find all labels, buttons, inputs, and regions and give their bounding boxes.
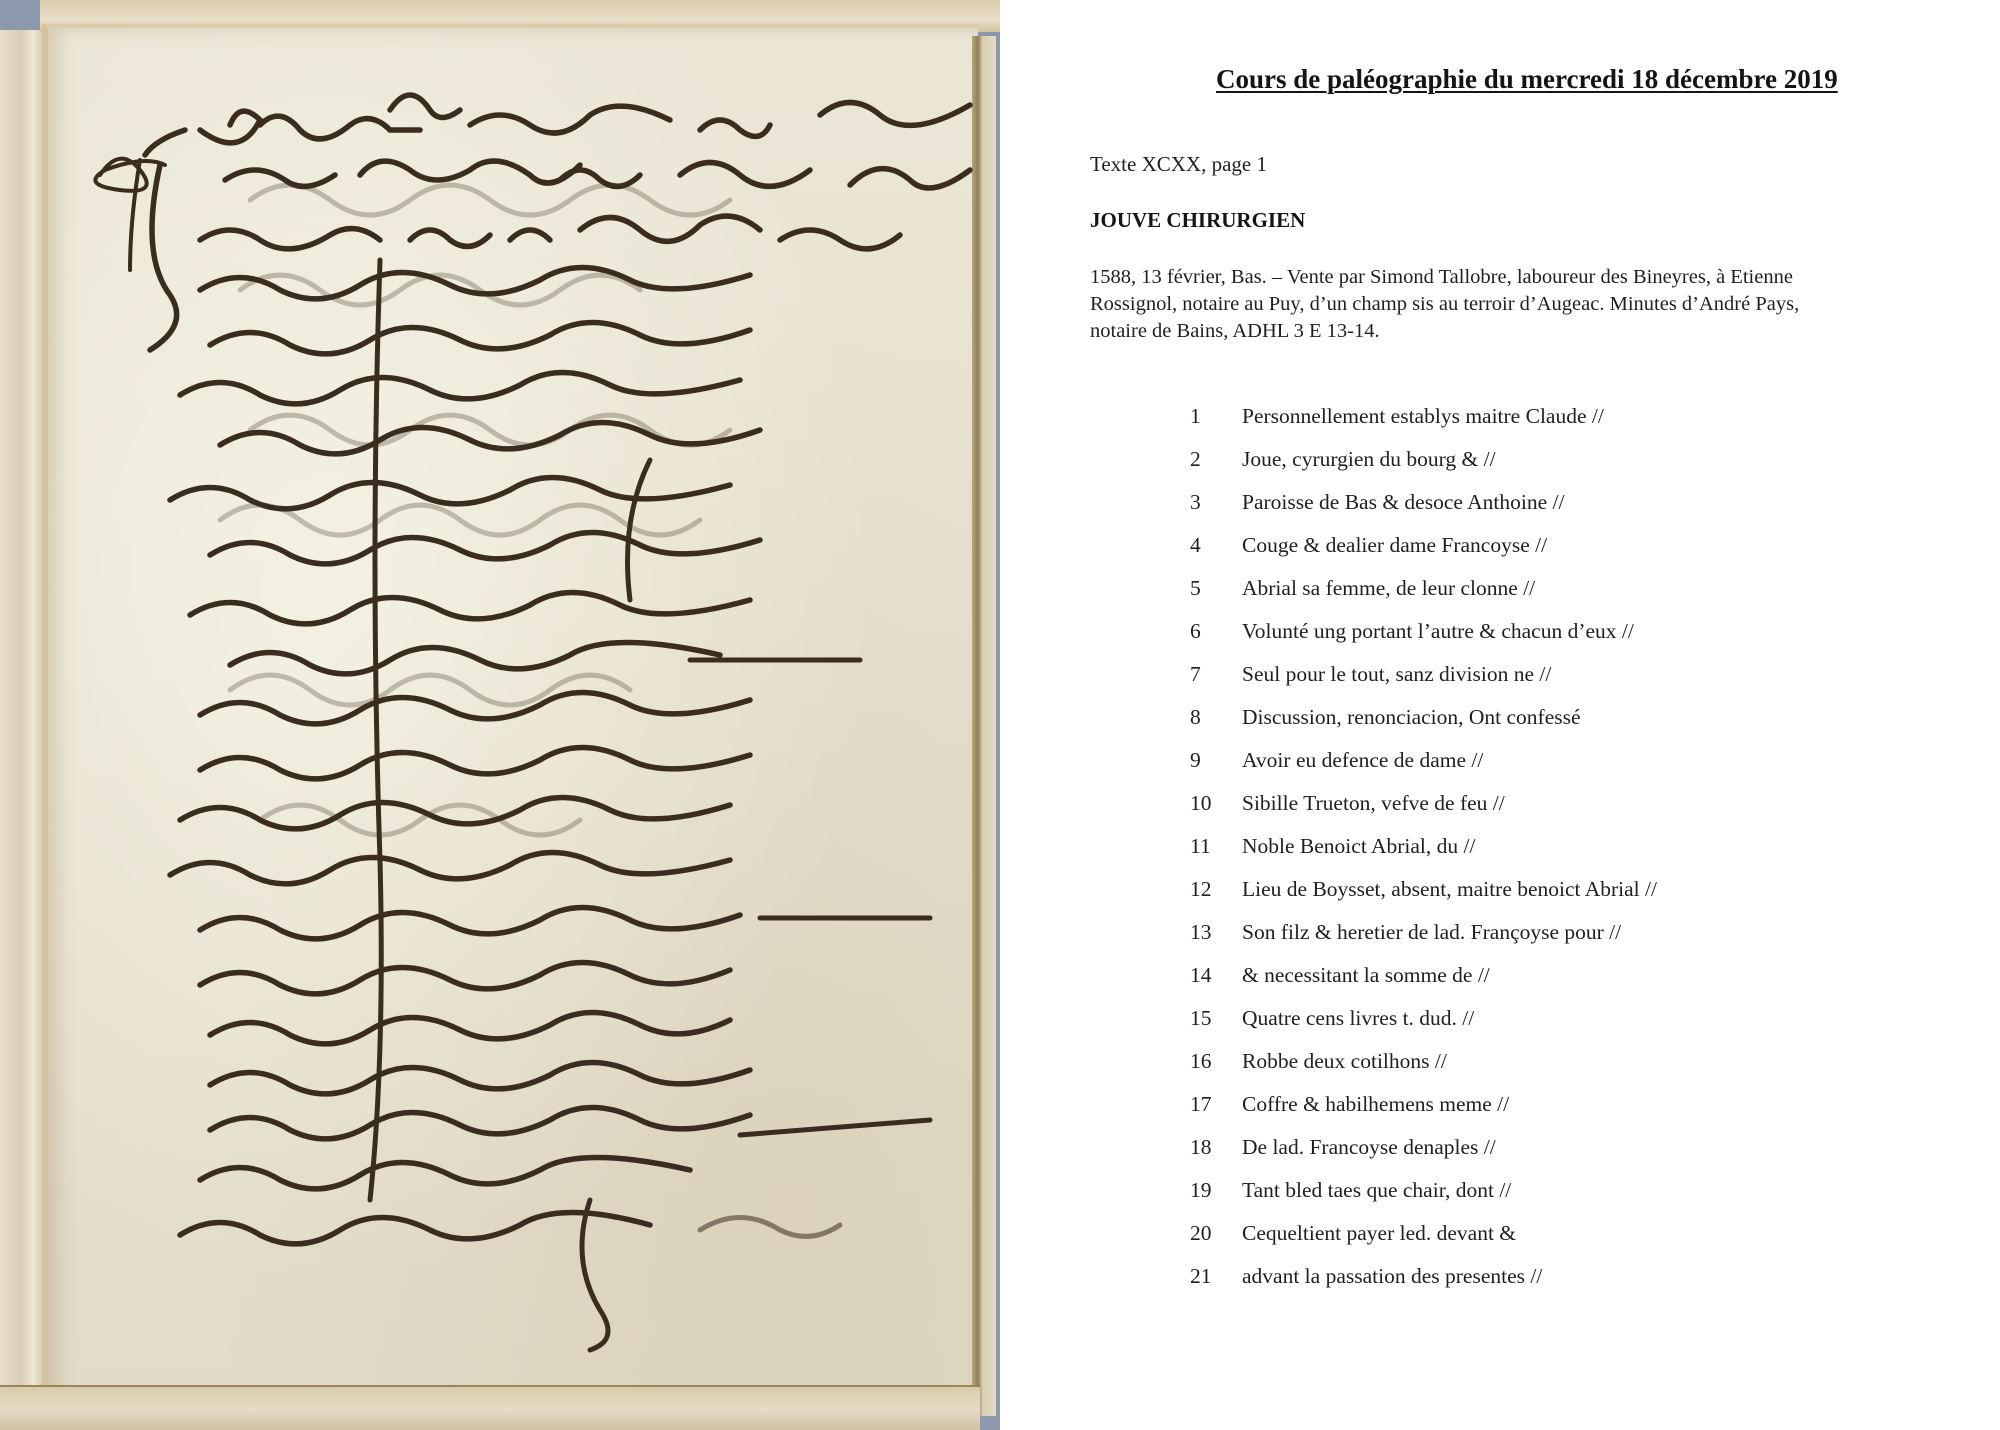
line-number: 3 bbox=[1190, 490, 1242, 515]
line-text: Quatre cens livres t. dud. // bbox=[1242, 1006, 1474, 1031]
transcription-line: 13Son filz & heretier de lad. Françoyse … bbox=[1190, 920, 1890, 963]
line-number: 15 bbox=[1190, 1006, 1242, 1031]
line-number: 4 bbox=[1190, 533, 1242, 558]
line-number: 5 bbox=[1190, 576, 1242, 601]
line-number: 20 bbox=[1190, 1221, 1242, 1246]
line-number: 7 bbox=[1190, 662, 1242, 687]
line-text: Cequeltient payer led. devant & bbox=[1242, 1221, 1516, 1246]
line-text: Abrial sa femme, de leur clonne // bbox=[1242, 576, 1535, 601]
line-text: Couge & dealier dame Francoyse // bbox=[1242, 533, 1547, 558]
line-text: Tant bled taes que chair, dont // bbox=[1242, 1178, 1511, 1203]
handwritten-script bbox=[0, 0, 1000, 1430]
transcription-list: 1Personnellement establys maitre Claude … bbox=[1190, 404, 1890, 1307]
line-text: Son filz & heretier de lad. Françoyse po… bbox=[1242, 920, 1621, 945]
line-number: 13 bbox=[1190, 920, 1242, 945]
transcription-line: 5Abrial sa femme, de leur clonne // bbox=[1190, 576, 1890, 619]
line-number: 2 bbox=[1190, 447, 1242, 472]
line-text: Joue, cyrurgien du bourg & // bbox=[1242, 447, 1496, 472]
transcription-line: 8Discussion, renonciacion, Ont confessé bbox=[1190, 705, 1890, 748]
line-number: 9 bbox=[1190, 748, 1242, 773]
line-number: 21 bbox=[1190, 1264, 1242, 1289]
line-text: Sibille Trueton, vefve de feu // bbox=[1242, 791, 1505, 816]
transcription-line: 19Tant bled taes que chair, dont // bbox=[1190, 1178, 1890, 1221]
line-text: Robbe deux cotilhons // bbox=[1242, 1049, 1447, 1074]
manuscript-photo bbox=[0, 0, 1000, 1430]
course-title: Cours de paléographie du mercredi 18 déc… bbox=[1216, 64, 1850, 95]
line-text: Lieu de Boysset, absent, maitre benoict … bbox=[1242, 877, 1657, 902]
line-number: 6 bbox=[1190, 619, 1242, 644]
transcription-line: 10Sibille Trueton, vefve de feu // bbox=[1190, 791, 1890, 834]
summary-line: Rossignol, notaire au Puy, d’un champ si… bbox=[1090, 291, 1960, 318]
transcription-line: 9Avoir eu defence de dame // bbox=[1190, 748, 1890, 791]
line-text: advant la passation des presentes // bbox=[1242, 1264, 1542, 1289]
line-number: 14 bbox=[1190, 963, 1242, 988]
transcription-line: 11Noble Benoict Abrial, du // bbox=[1190, 834, 1890, 877]
transcription-line: 7Seul pour le tout, sanz division ne // bbox=[1190, 662, 1890, 705]
line-text: De lad. Francoyse denaples // bbox=[1242, 1135, 1496, 1160]
document-heading: JOUVE CHIRURGIEN bbox=[1090, 208, 1305, 233]
transcription-line: 17Coffre & habilhemens meme // bbox=[1190, 1092, 1890, 1135]
line-number: 19 bbox=[1190, 1178, 1242, 1203]
line-number: 10 bbox=[1190, 791, 1242, 816]
transcription-line: 6Volunté ung portant l’autre & chacun d’… bbox=[1190, 619, 1890, 662]
transcription-line: 1Personnellement establys maitre Claude … bbox=[1190, 404, 1890, 447]
transcription-line: 3Paroisse de Bas & desoce Anthoine // bbox=[1190, 490, 1890, 533]
line-text: & necessitant la somme de // bbox=[1242, 963, 1490, 988]
transcription-line: 15Quatre cens livres t. dud. // bbox=[1190, 1006, 1890, 1049]
line-number: 18 bbox=[1190, 1135, 1242, 1160]
line-text: Coffre & habilhemens meme // bbox=[1242, 1092, 1509, 1117]
transcription-line: 2Joue, cyrurgien du bourg & // bbox=[1190, 447, 1890, 490]
transcription-line: 20Cequeltient payer led. devant & bbox=[1190, 1221, 1890, 1264]
line-text: Personnellement establys maitre Claude /… bbox=[1242, 404, 1604, 429]
transcription-line: 18De lad. Francoyse denaples // bbox=[1190, 1135, 1890, 1178]
line-text: Noble Benoict Abrial, du // bbox=[1242, 834, 1475, 859]
transcription-line: 14& necessitant la somme de // bbox=[1190, 963, 1890, 1006]
line-number: 16 bbox=[1190, 1049, 1242, 1074]
line-number: 8 bbox=[1190, 705, 1242, 730]
transcription-line: 4Couge & dealier dame Francoyse // bbox=[1190, 533, 1890, 576]
line-number: 11 bbox=[1190, 834, 1242, 859]
transcription-line: 12Lieu de Boysset, absent, maitre benoic… bbox=[1190, 877, 1890, 920]
line-number: 12 bbox=[1190, 877, 1242, 902]
summary-line: notaire de Bains, ADHL 3 E 13-14. bbox=[1090, 318, 1960, 345]
summary-line: 1588, 13 février, Bas. – Vente par Simon… bbox=[1090, 264, 1960, 291]
line-number: 1 bbox=[1190, 404, 1242, 429]
line-text: Discussion, renonciacion, Ont confessé bbox=[1242, 705, 1581, 730]
line-text: Seul pour le tout, sanz division ne // bbox=[1242, 662, 1551, 687]
line-number: 17 bbox=[1190, 1092, 1242, 1117]
line-text: Paroisse de Bas & desoce Anthoine // bbox=[1242, 490, 1564, 515]
text-reference: Texte XCXX, page 1 bbox=[1090, 152, 1267, 177]
transcription-line: 21advant la passation des presentes // bbox=[1190, 1264, 1890, 1307]
transcription-line: 16Robbe deux cotilhons // bbox=[1190, 1049, 1890, 1092]
line-text: Avoir eu defence de dame // bbox=[1242, 748, 1483, 773]
document-summary: 1588, 13 février, Bas. – Vente par Simon… bbox=[1090, 264, 1960, 345]
line-text: Volunté ung portant l’autre & chacun d’e… bbox=[1242, 619, 1634, 644]
